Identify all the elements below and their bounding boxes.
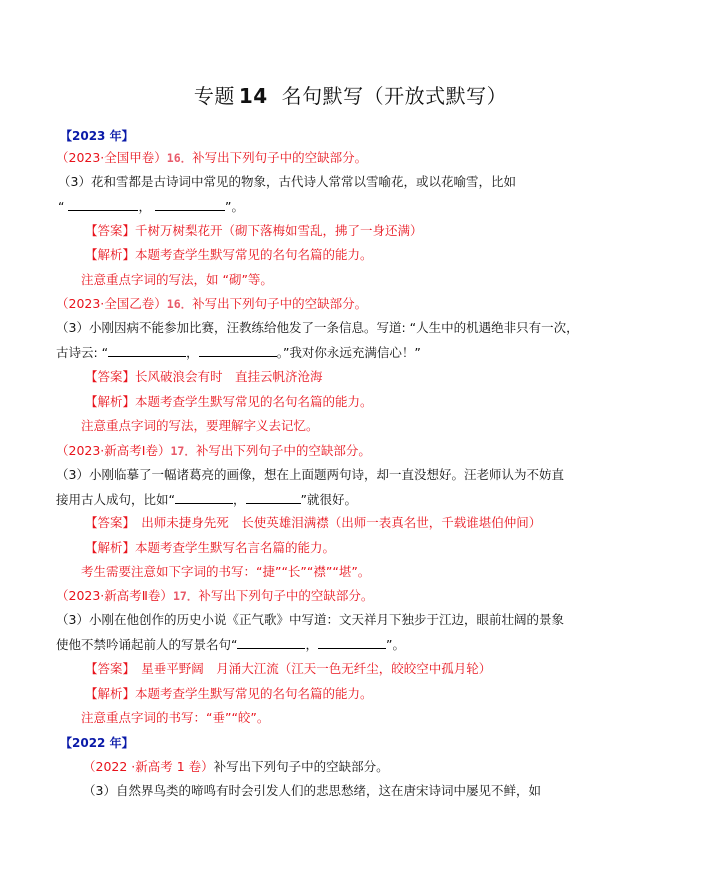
question-header: （2023·新高考Ⅱ卷）17．补写出下列句子中的空缺部分。 <box>56 588 373 604</box>
analysis-text: 【解析】本题考查学生默写名言名篇的能力。 <box>85 540 335 556</box>
analysis-text: 【解析】本题考查学生默写常见的名句名篇的能力。 <box>85 394 373 410</box>
answer-text: 【答案】长风破浪会有时 直挂云帆济沧海 <box>85 369 323 385</box>
answer-blank[interactable] <box>199 344 277 357</box>
question-number: 17． <box>173 589 198 603</box>
answer-blank[interactable] <box>68 198 138 211</box>
question-header: （2022 ·新高考 1 卷）补写出下列句子中的空缺部分。 <box>83 759 389 775</box>
note-text: 注意重点字词的写法，如 “砌”等。 <box>81 272 273 288</box>
answer-text: 【答案】 出师未捷身先死 长使英雄泪满襟（出师一表真名世，千载谁堪伯仲间） <box>85 515 541 531</box>
question-source: （2023·全国乙卷） <box>56 296 167 311</box>
title-text: 名句默写（开放式默写） <box>282 84 508 108</box>
question-source: （2022 ·新高考 1 卷） <box>83 759 214 774</box>
analysis-text: 【解析】本题考查学生默写常见的名句名篇的能力。 <box>85 686 373 702</box>
question-prompt: （3）自然界鸟类的啼鸣有时会引发人们的悲思愁绪，这在唐宋诗词中屡见不鲜，如 <box>83 783 541 799</box>
answer-blank[interactable] <box>155 198 225 211</box>
question-prompt: （3）小刚因病不能参加比赛，汪教练给他发了一条信息。写道: “人生中的机遇绝非只… <box>56 320 579 336</box>
answer-blank[interactable] <box>237 636 305 649</box>
page-title: 专题14名句默写（开放式默写） <box>0 80 701 109</box>
question-prompt: （3）花和雪都是古诗词中常见的物象，古代诗人常常以雪喻花，或以花喻雪，比如 <box>58 174 516 190</box>
question-source: （2023·全国甲卷） <box>56 150 167 165</box>
question-prompt-blanks: “ ， ”。 <box>58 198 244 215</box>
title-number: 14 <box>239 84 268 108</box>
answer-text: 【答案】 星垂平野阔 月涌大江流（江天一色无纤尘，皎皎空中孤月轮） <box>85 661 491 677</box>
question-header: （2023·全国甲卷）16．补写出下列句子中的空缺部分。 <box>56 150 367 166</box>
question-header: （2023·新高考Ⅰ卷）17．补写出下列句子中的空缺部分。 <box>56 443 371 459</box>
note-text: 注意重点字词的写法，要理解字义去记忆。 <box>81 418 319 434</box>
question-source: （2023·新高考Ⅰ卷） <box>56 443 170 458</box>
answer-blank[interactable] <box>246 491 301 504</box>
question-instruction: 补写出下列句子中的空缺部分。 <box>192 150 367 165</box>
question-instruction: 补写出下列句子中的空缺部分。 <box>196 443 371 458</box>
question-instruction: 补写出下列句子中的空缺部分。 <box>198 588 373 603</box>
question-prompt-blanks: 接用古人成句，比如“，”就很好。 <box>56 491 357 508</box>
question-number: 16． <box>167 297 192 311</box>
answer-text: 【答案】千树万树梨花开（砌下落梅如雪乱，拂了一身还满） <box>85 223 423 239</box>
question-prompt-blanks: 古诗云: “，。”我对你永远充满信心！” <box>56 344 421 361</box>
question-header: （2023·全国乙卷）16．补写出下列句子中的空缺部分。 <box>56 296 367 312</box>
question-instruction: 补写出下列句子中的空缺部分。 <box>192 296 367 311</box>
note-text: 注意重点字词的书写：“垂”“皎”。 <box>81 710 269 726</box>
title-prefix: 专题 <box>194 84 235 108</box>
note-text: 考生需要注意如下字词的书写：“捷”“长”“襟”“堪”。 <box>81 564 370 580</box>
analysis-text: 【解析】本题考查学生默写常见的名句名篇的能力。 <box>85 247 373 263</box>
question-prompt-blanks: 使他不禁吟诵起前人的写景名句“，”。 <box>56 636 405 653</box>
question-number: 16． <box>167 151 192 165</box>
answer-blank[interactable] <box>175 491 233 504</box>
year-heading-2023: 【2023 年】 <box>60 128 134 144</box>
year-heading-2022: 【2022 年】 <box>60 735 134 751</box>
answer-blank[interactable] <box>318 636 386 649</box>
question-number: 17． <box>170 444 195 458</box>
question-source: （2023·新高考Ⅱ卷） <box>56 588 173 603</box>
question-prompt: （3）小刚临摹了一幅诸葛亮的画像，想在上面题两句诗，却一直没想好。汪老师认为不妨… <box>56 467 564 483</box>
question-prompt: （3）小刚在他创作的历史小说《正气歌》中写道：文天祥月下独步于江边，眼前壮阔的景… <box>56 612 564 628</box>
answer-blank[interactable] <box>108 344 186 357</box>
question-instruction: 补写出下列句子中的空缺部分。 <box>214 759 389 774</box>
